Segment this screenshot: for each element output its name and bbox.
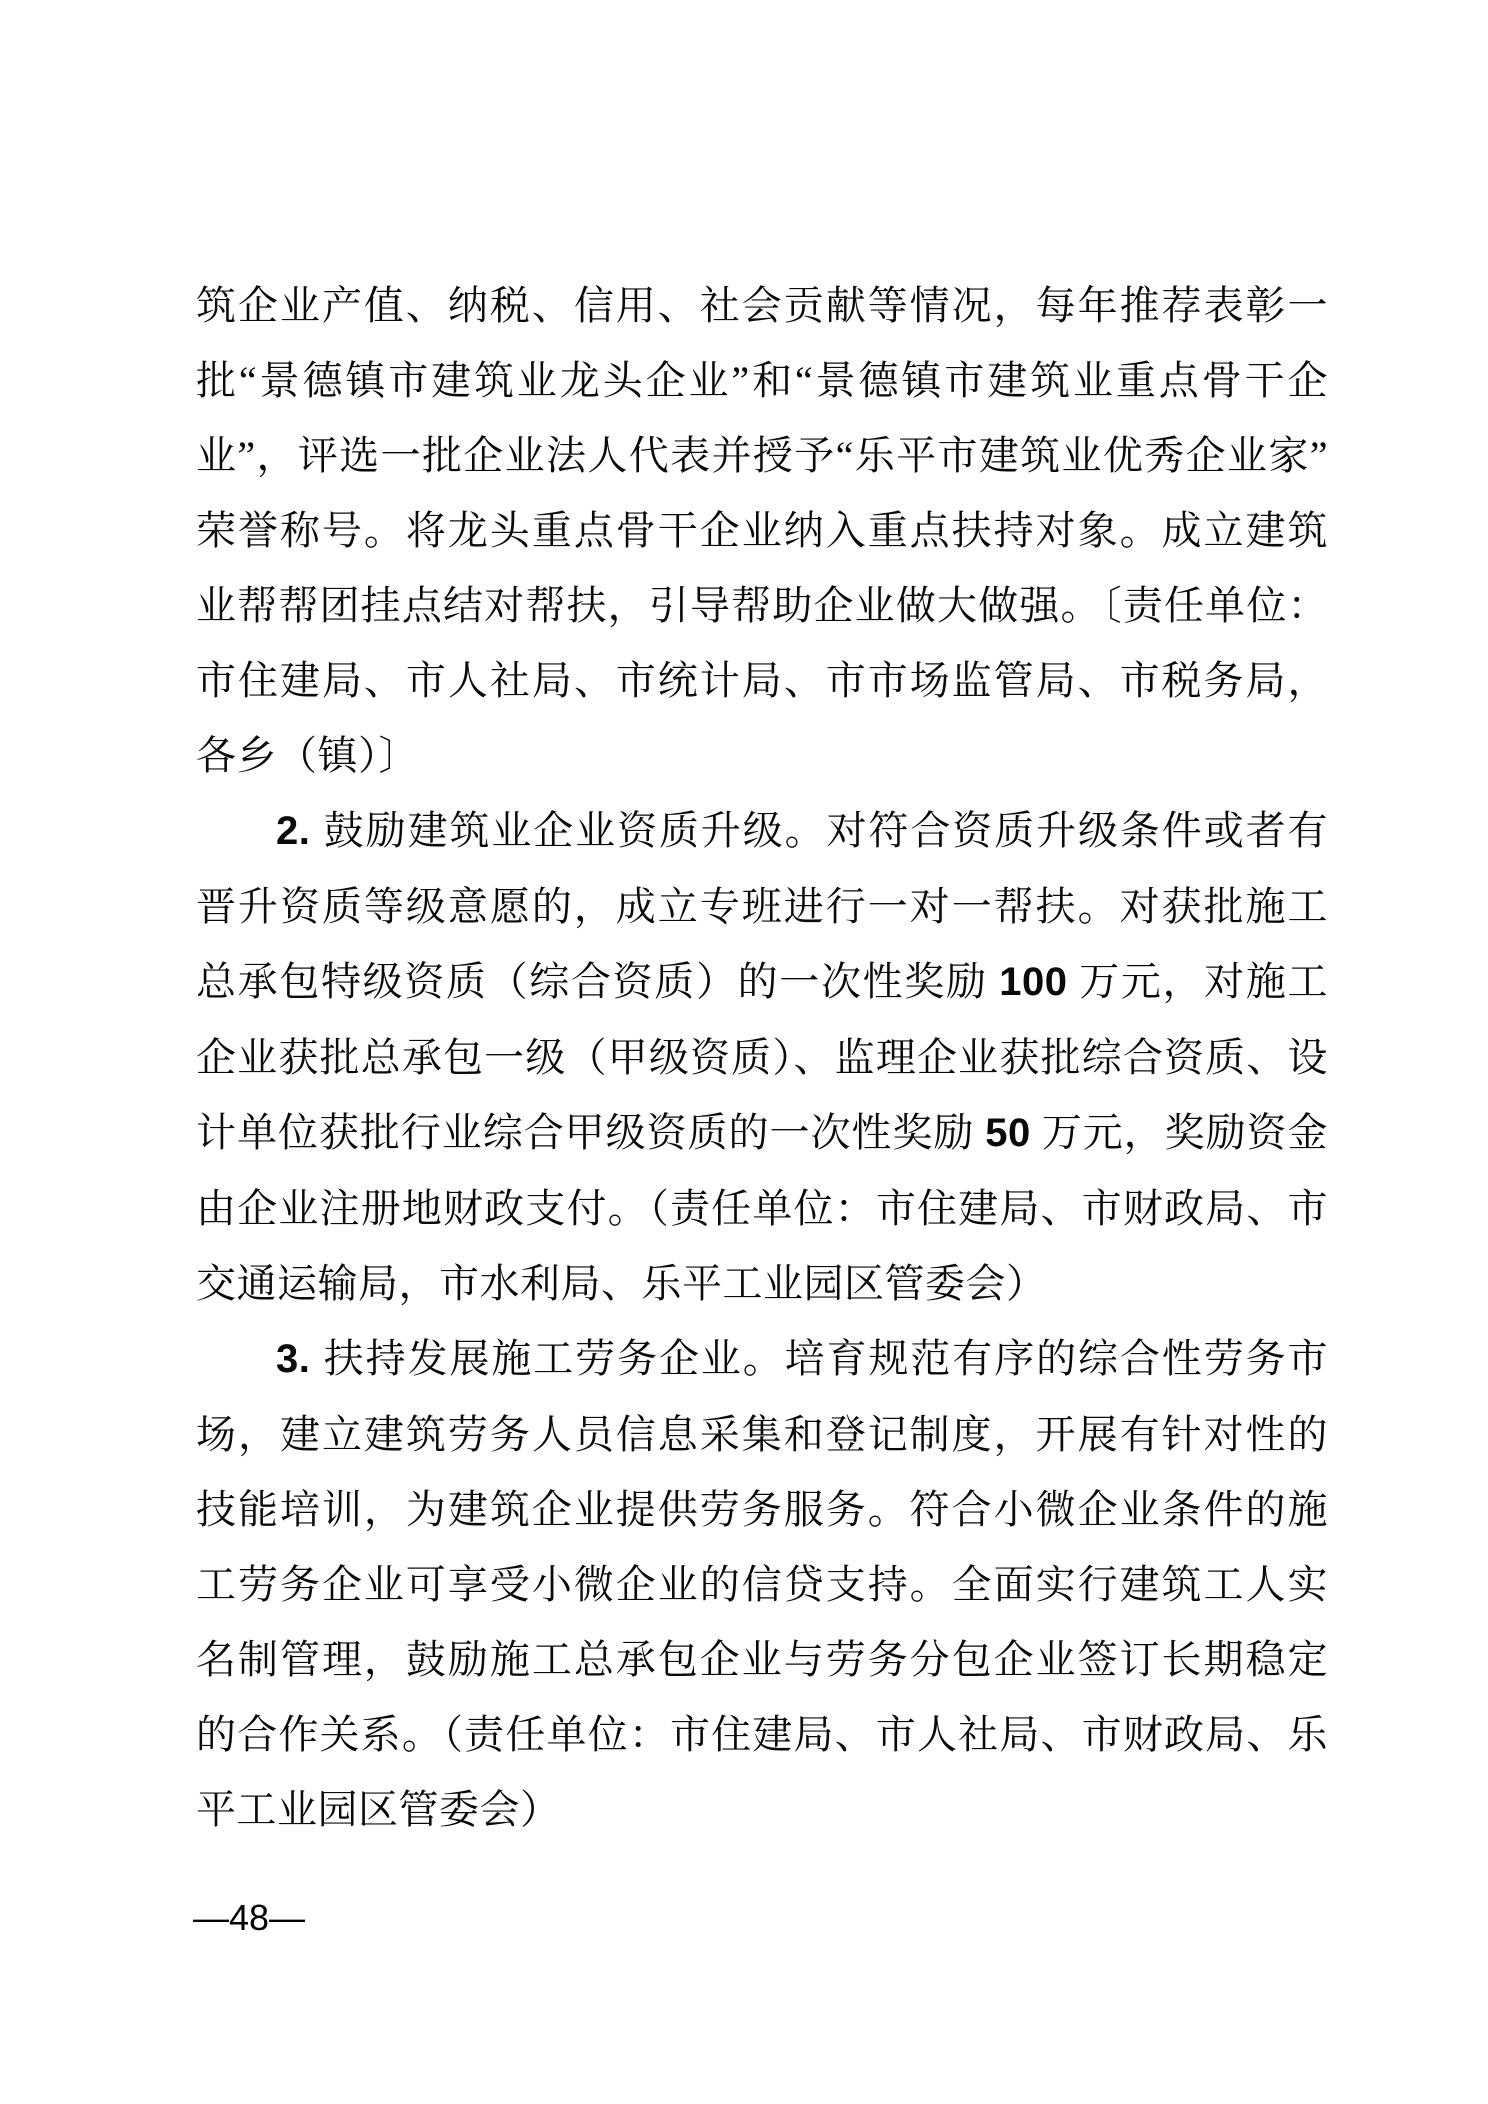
- text-run: 扶持发展施工劳务企业。培育规范有序的综合性劳务市场，建立建筑劳务人员信息采集和登…: [196, 1336, 1328, 1832]
- number-run: 50: [985, 1111, 1031, 1155]
- page-number: —48—: [193, 1896, 305, 1940]
- number-run: 3.: [276, 1337, 310, 1381]
- paragraph: 3.扶持发展施工劳务企业。培育规范有序的综合性劳务市场，建立建筑劳务人员信息采集…: [196, 1321, 1328, 1847]
- number-run: 2.: [276, 809, 310, 853]
- document-body: 筑企业产值、纳税、信用、社会贡献等情况，每年推荐表彰一批“景德镇市建筑业龙头企业…: [196, 268, 1328, 1847]
- number-run: 100: [999, 960, 1067, 1004]
- document-page: 筑企业产值、纳税、信用、社会贡献等情况，每年推荐表彰一批“景德镇市建筑业龙头企业…: [0, 0, 1488, 2104]
- paragraph: 筑企业产值、纳税、信用、社会贡献等情况，每年推荐表彰一批“景德镇市建筑业龙头企业…: [196, 268, 1328, 793]
- paragraph: 2.鼓励建筑业企业资质升级。对符合资质升级条件或者有晋升资质等级意愿的，成立专班…: [196, 793, 1328, 1321]
- text-run: 筑企业产值、纳税、信用、社会贡献等情况，每年推荐表彰一批“景德镇市建筑业龙头企业…: [196, 283, 1328, 778]
